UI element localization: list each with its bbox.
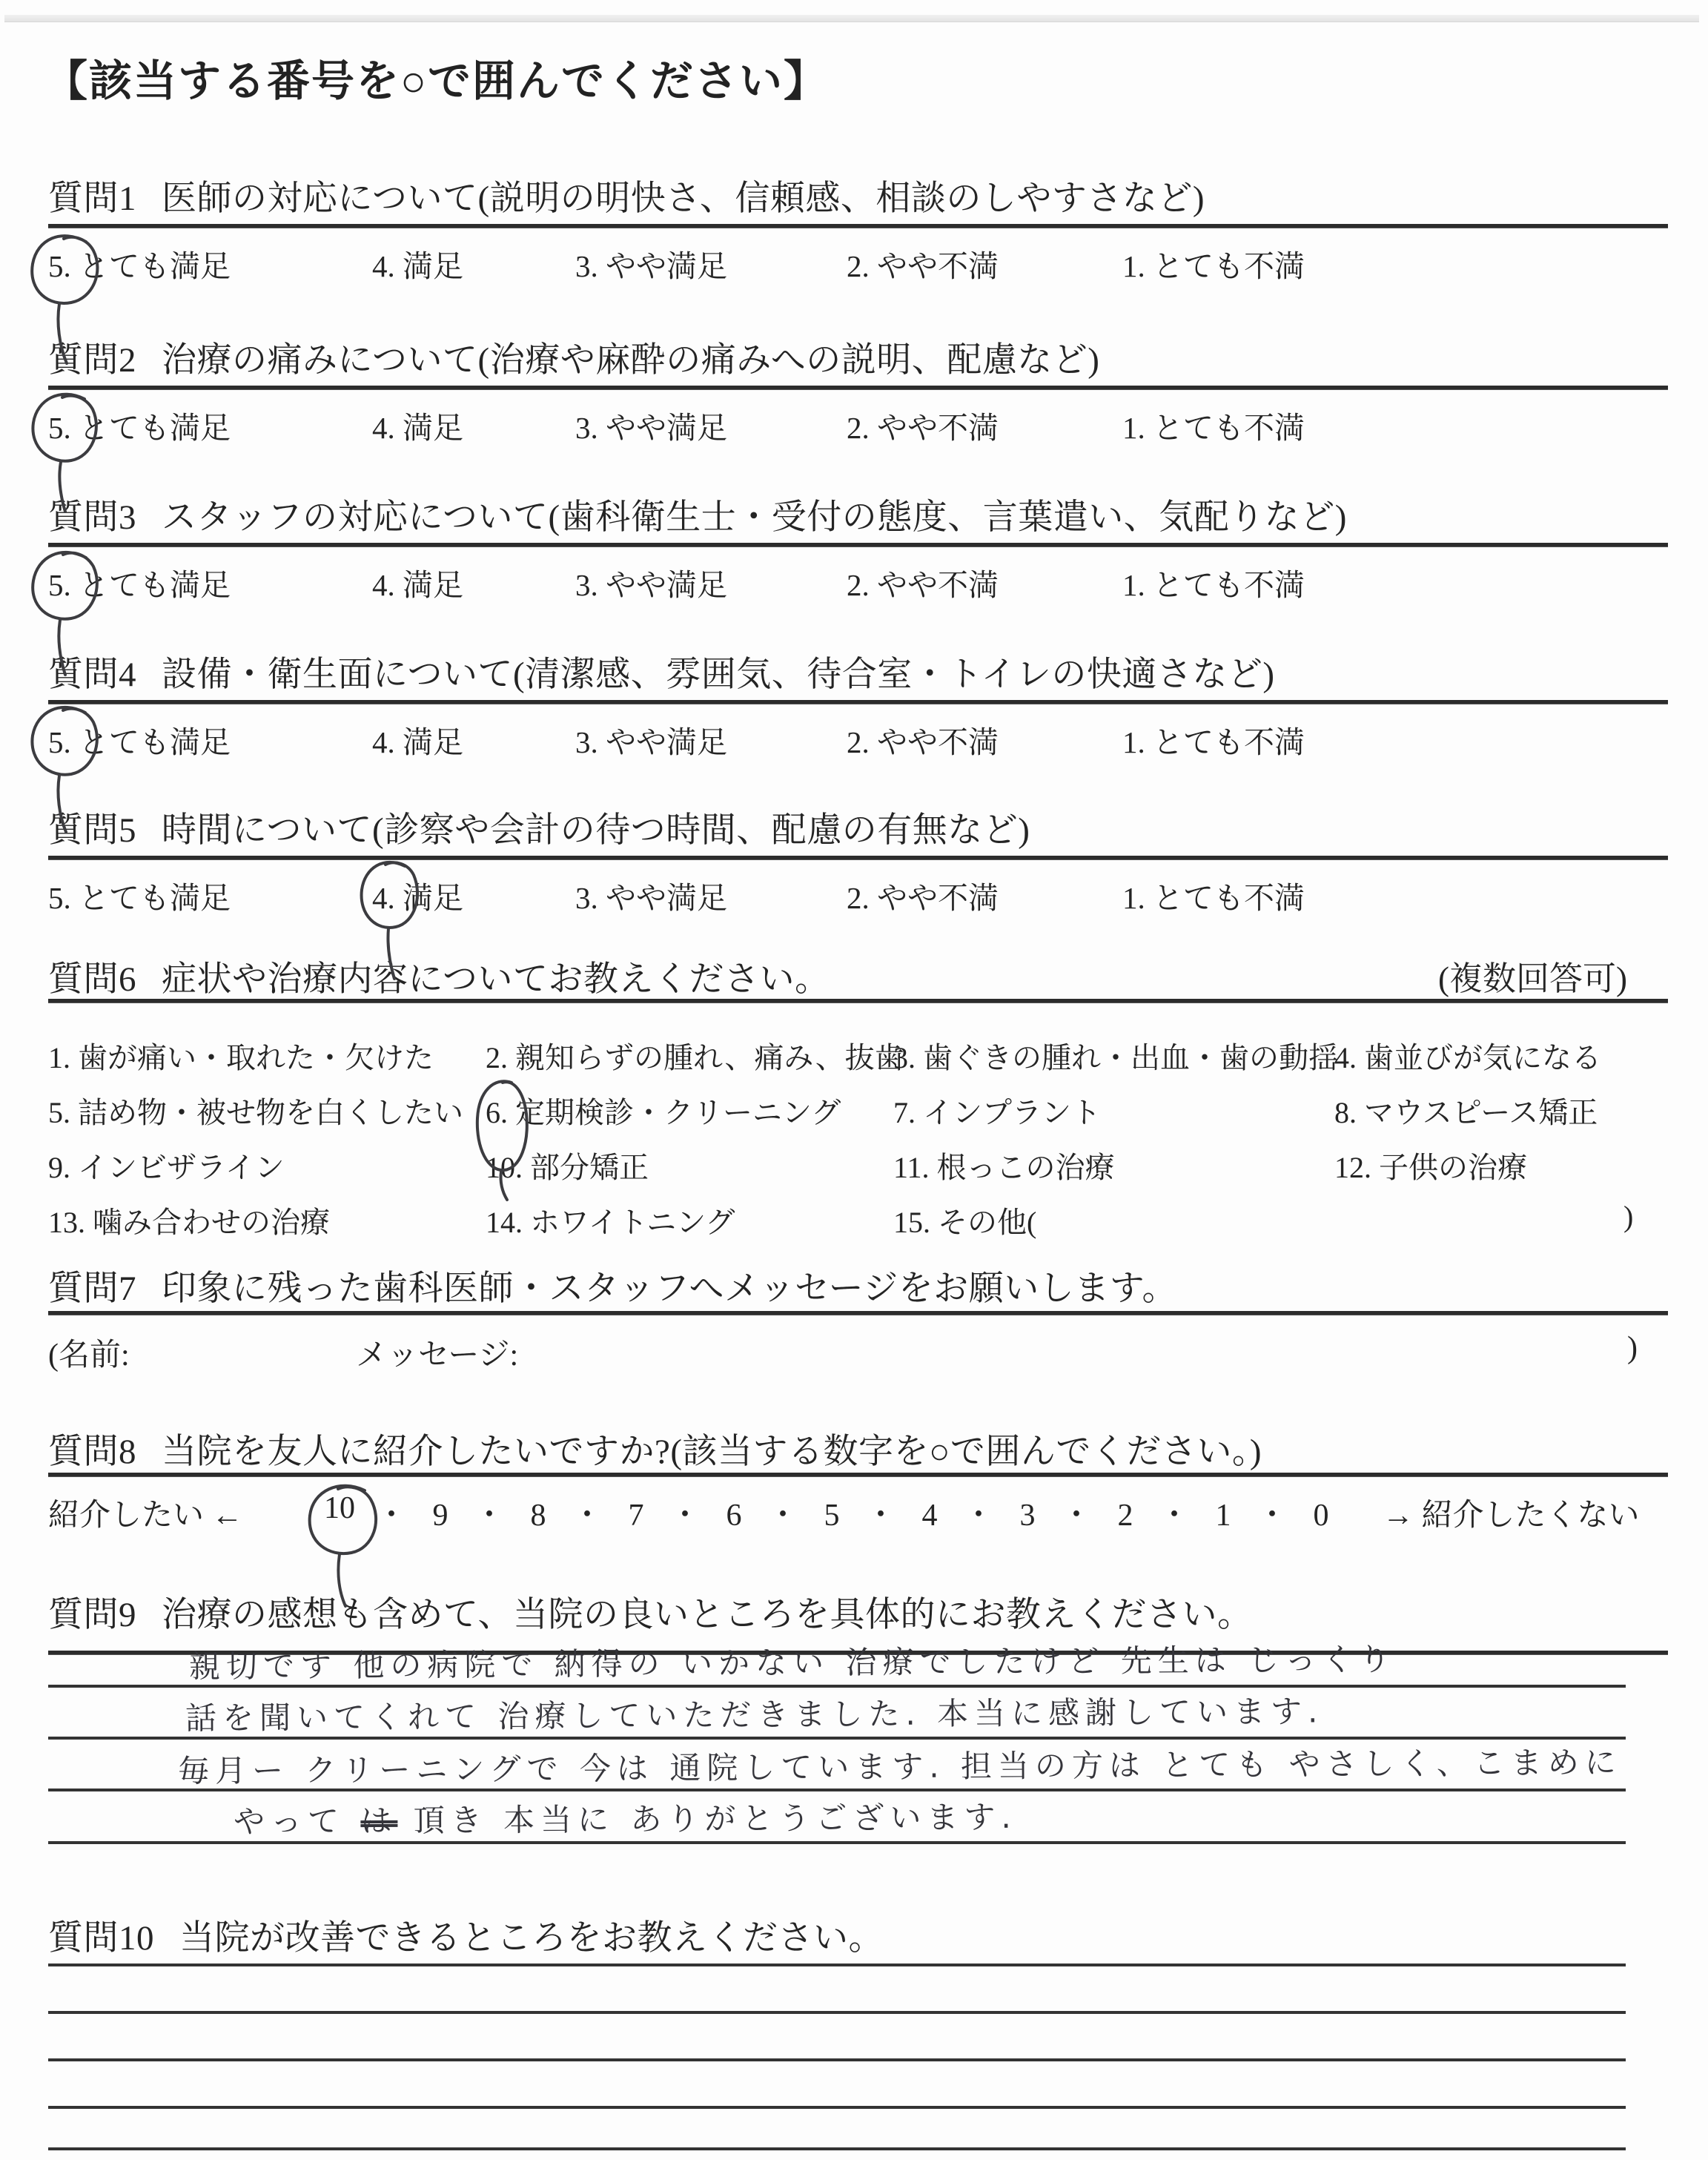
option-4-satisfied: 4. 満足 [372,718,463,762]
question-1-heading: 質問1医師の対応について(説明の明快さ、信頼感、相談のしやすさなど) [48,171,1205,220]
option-1-very-dissatisfied: 1. とても不満 [1122,403,1305,447]
scale-number-10: 10 [324,1490,355,1526]
symptom-option-15-other: 15. その他( [893,1199,1036,1241]
question-3-label: 質問3 [48,498,136,537]
blank-line-2 [48,2011,1626,2014]
option-3-somewhat-satisfied: 3. やや満足 [575,403,727,447]
symptom-option-6: 6. 定期検診・クリーニング [486,1089,841,1132]
answer-line-4: やって は 頂き 本当に ありがとうございます. [48,1786,1626,1844]
symptom-option-12: 12. 子供の治療 [1334,1144,1527,1186]
handwritten-text-4-post: 頂き 本当に ありがとうございます. [397,1799,1017,1839]
symptom-option-4: 4. 歯並びが気になる [1334,1034,1601,1077]
handwritten-crossed-out: は [360,1803,397,1839]
blank-line-5 [48,2147,1626,2150]
question-2-options: 5. とても満足 4. 満足 3. やや満足 2. やや不満 1. とても不満 [48,403,1668,448]
heading-underline [48,1311,1668,1315]
handwritten-text-4-pre: やって [234,1803,361,1840]
question-5-options: 5. とても満足 4. 満足 3. やや満足 2. やや不満 1. とても不満 [48,873,1668,918]
handwritten-text-4: やって は 頂き 本当に ありがとうございます. [234,1793,1017,1842]
page-title: 【該当する番号を○で囲んでください】 [44,46,828,108]
heading-underline [48,543,1668,547]
question-3-heading: 質問3スタッフの対応について(歯科衛生士・受付の態度、言葉遣い、気配りなど) [48,489,1347,539]
handwritten-text-1: 親切です 他の病院で 納得の いかない 治療でしたけど 先生は じっくり [189,1635,1396,1687]
question-3: 質問3スタッフの対応について(歯科衛生士・受付の態度、言葉遣い、気配りなど) 5… [48,489,1668,615]
question-1-text: 医師の対応について(説明の明快さ、信頼感、相談のしやすさなど) [162,179,1205,218]
symptom-option-9: 9. インビザライン [48,1144,285,1186]
symptom-option-11: 11. 根っこの治療 [893,1144,1115,1186]
question-6-heading: 質問6症状や治療内容についてお教えください。 [48,951,830,1001]
question-4-label: 質問4 [48,655,136,694]
scale-left-label: 紹介したい ← [48,1490,243,1535]
heading-underline [48,856,1668,860]
question-7-heading: 質問7印象に残った歯科医師・スタッフへメッセージをお願いします。 [48,1261,1177,1310]
symptom-option-8: 8. マウスピース矯正 [1334,1089,1598,1132]
option-4-satisfied: 4. 満足 [372,403,463,447]
question-8-text: 当院を友人に紹介したいですか?(該当する数字を○で囲んでください。) [162,1433,1262,1471]
option-4-satisfied: 4. 満足 [372,873,463,917]
question-5: 質問5時間について(診察や会計の待つ時間、配慮の有無など) 5. とても満足 4… [48,802,1668,928]
symptom-option-1: 1. 歯が痛い・取れた・欠けた [48,1034,434,1077]
option-2-somewhat-dissatisfied: 2. やや不満 [847,242,999,285]
symptom-option-13: 13. 噛み合わせの治療 [48,1199,330,1241]
question-4-heading: 質問4設備・衛生面について(清潔感、雰囲気、待合室・トイレの快適さなど) [48,647,1275,696]
option-5-very-satisfied: 5. とても満足 [48,873,231,917]
question-1-label: 質問1 [48,179,136,218]
heading-underline [48,999,1668,1003]
heading-underline [48,700,1668,704]
scale-numbers-9-to-0: ・ 9 ・ 8 ・ 7 ・ 6 ・ 5 ・ 4 ・ 3 ・ 2 ・ 1 ・ 0 [376,1490,1330,1535]
blank-line-3 [48,2058,1626,2061]
option-3-somewhat-satisfied: 3. やや満足 [575,873,727,917]
question-8-heading: 質問8当院を友人に紹介したいですか?(該当する数字を○で囲んでください。) [48,1424,1262,1473]
question-4: 質問4設備・衛生面について(清潔感、雰囲気、待合室・トイレの快適さなど) 5. … [48,647,1668,773]
nps-scale-row: 紹介したい ← 10 ・ 9 ・ 8 ・ 7 ・ 6 ・ 5 ・ 4 ・ 3 ・… [48,1490,1668,1538]
question-10-heading: 質問10当院が改善できるところをお教えください。 [48,1910,884,1960]
option-4-satisfied: 4. 満足 [372,561,463,604]
multiple-answers-note: (複数回答可) [1438,951,1627,1000]
question-4-options: 5. とても満足 4. 満足 3. やや満足 2. やや不満 1. とても不満 [48,718,1668,762]
question-9-label: 質問9 [48,1596,136,1634]
question-2: 質問2治療の痛みについて(治療や麻酔の痛みへの説明、配慮など) 5. とても満足… [48,332,1668,458]
blank-line-4 [48,2106,1626,2109]
option-5-very-satisfied: 5. とても満足 [48,242,231,285]
question-5-label: 質問5 [48,811,136,850]
option-3-somewhat-satisfied: 3. やや満足 [575,718,727,762]
option-2-somewhat-dissatisfied: 2. やや不満 [847,403,999,447]
question-6: 質問6症状や治療内容についてお教えください。 (複数回答可) 1. 歯が痛い・取… [48,951,1668,1255]
answer-line-3: 毎月ー クリーニングで 今は 通院しています. 担当の方は とても やさしく、こ… [48,1734,1626,1791]
symptom-option-14: 14. ホワイトニング [486,1199,735,1241]
question-2-heading: 質問2治療の痛みについて(治療や麻酔の痛みへの説明、配慮など) [48,332,1099,382]
option-1-very-dissatisfied: 1. とても不満 [1122,242,1305,285]
question-4-text: 設備・衛生面について(清潔感、雰囲気、待合室・トイレの快適さなど) [162,655,1275,694]
symptom-option-2: 2. 親知らずの腫れ、痛み、抜歯 [486,1034,904,1077]
blank-line-1 [48,1964,1626,1966]
symptom-option-5: 5. 詰め物・被せ物を白くしたい [48,1089,463,1132]
question-10-label: 質問10 [48,1919,154,1958]
scale-right-label: → 紹介したくない [1383,1490,1640,1535]
handwritten-text-2: 話を聞いてくれて 治療していただきました. 本当に感謝しています. [185,1687,1324,1738]
question-3-text: スタッフの対応について(歯科衛生士・受付の態度、言葉遣い、気配りなど) [162,498,1347,537]
option-5-very-satisfied: 5. とても満足 [48,403,231,447]
option-4-satisfied: 4. 満足 [372,242,463,285]
question-3-options: 5. とても満足 4. 満足 3. やや満足 2. やや不満 1. とても不満 [48,561,1668,605]
question-10-text: 当院が改善できるところをお教えください。 [179,1919,884,1958]
question-9-text: 治療の感想も含めて、当院の良いところを具体的にお教えください。 [162,1596,1253,1634]
question-7-text: 印象に残った歯科医師・スタッフへメッセージをお願いします。 [162,1269,1177,1308]
option-2-somewhat-dissatisfied: 2. やや不満 [847,873,999,917]
answer-line-2: 話を聞いてくれて 治療していただきました. 本当に感謝しています. [48,1682,1626,1740]
question-8: 質問8当院を友人に紹介したいですか?(該当する数字を○で囲んでください。) 紹介… [48,1424,1668,1550]
option-2-somewhat-dissatisfied: 2. やや不満 [847,718,999,762]
handwritten-text-3: 毎月ー クリーニングで 今は 通院しています. 担当の方は とても やさしく、こ… [178,1738,1622,1791]
heading-underline [48,1473,1668,1477]
question-1: 質問1医師の対応について(説明の明快さ、信頼感、相談のしやすさなど) 5. とて… [48,171,1668,297]
option-1-very-dissatisfied: 1. とても不満 [1122,718,1305,762]
question-6-label: 質問6 [48,960,136,999]
option-1-very-dissatisfied: 1. とても不満 [1122,561,1305,604]
question-10: 質問10当院が改善できるところをお教えください。 [48,1910,1668,1962]
heading-underline [48,224,1668,228]
symptom-option-3: 3. 歯ぐきの腫れ・出血・歯の動揺 [893,1034,1338,1077]
name-message-row: (名前: メッセージ: ) [48,1330,1668,1375]
question-8-label: 質問8 [48,1433,136,1471]
question-7-label: 質問7 [48,1269,136,1308]
other-close-paren: ) [1623,1199,1633,1234]
question-5-heading: 質問5時間について(診察や会計の待つ時間、配慮の有無など) [48,802,1030,852]
scan-artifact-line [4,15,1699,22]
option-1-very-dissatisfied: 1. とても不満 [1122,873,1305,917]
question-7: 質問7印象に残った歯科医師・スタッフへメッセージをお願いします。 (名前: メッ… [48,1261,1668,1387]
option-5-very-satisfied: 5. とても満足 [48,718,231,762]
option-3-somewhat-satisfied: 3. やや満足 [575,561,727,604]
option-3-somewhat-satisfied: 3. やや満足 [575,242,727,285]
question-9-heading: 質問9治療の感想も含めて、当院の良いところを具体的にお教えください。 [48,1587,1253,1636]
symptom-option-10: 10. 部分矯正 [486,1144,649,1186]
question-2-label: 質問2 [48,341,136,380]
heading-underline [48,386,1668,390]
question-5-text: 時間について(診察や会計の待つ時間、配慮の有無など) [162,811,1030,850]
question-1-options: 5. とても満足 4. 満足 3. やや満足 2. やや不満 1. とても不満 [48,242,1668,286]
message-field-label: メッセージ: [356,1330,518,1375]
name-field-label: (名前: [48,1330,130,1375]
answer-line-1: 親切です 他の病院で 納得の いかない 治療でしたけど 先生は じっくり [48,1630,1626,1688]
question-2-text: 治療の痛みについて(治療や麻酔の痛みへの説明、配慮など) [162,341,1099,380]
survey-scan-page: 【該当する番号を○で囲んでください】 質問1医師の対応について(説明の明快さ、信… [0,0,1708,2160]
close-paren: ) [1627,1330,1638,1366]
question-6-text: 症状や治療内容についてお教えください。 [162,960,830,999]
option-5-very-satisfied: 5. とても満足 [48,561,231,604]
symptom-option-7: 7. インプラント [893,1089,1101,1132]
option-2-somewhat-dissatisfied: 2. やや不満 [847,561,999,604]
